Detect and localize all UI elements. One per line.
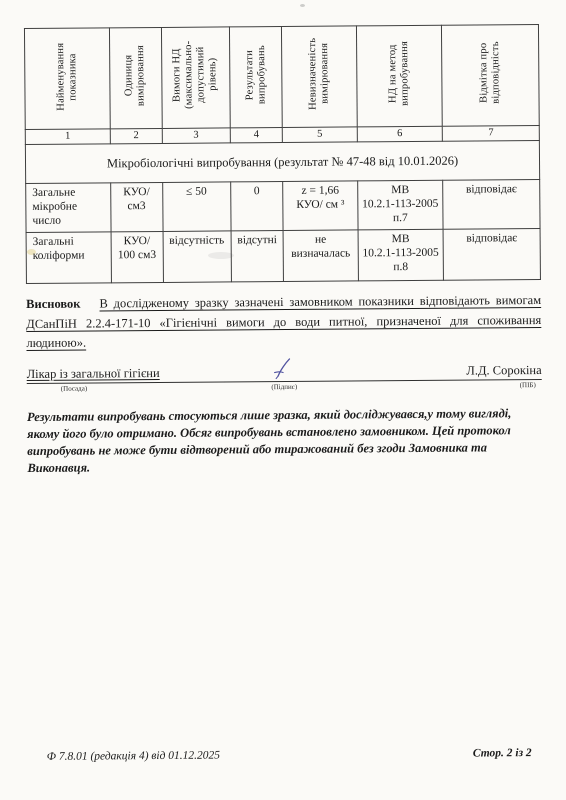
cell-method: МВ 10.2.1-113-2005 п.8	[358, 229, 444, 281]
column-header-label: Вимоги НД (максимально- допустимий рівен…	[171, 41, 220, 110]
column-number: 2	[110, 128, 162, 143]
column-header-requirement: Вимоги НД (максимально- допустимий рівен…	[161, 27, 230, 129]
document-page: Найменування показника Одиниця вимірюван…	[0, 0, 566, 800]
label-signature: (Підпис)	[271, 382, 297, 390]
column-header-label: Результати випробувань	[244, 45, 268, 104]
column-header-result: Результати випробувань	[229, 27, 283, 128]
cell-uncertainty: не визначалась	[284, 230, 358, 282]
conclusion-text: В дослідженому зразку зазначені замовник…	[26, 293, 541, 350]
signature-block: Лікар із загальної гігієни Л.Д. Сорокіна…	[27, 358, 542, 395]
cell-uncertainty: z = 1,66 КУО/ см ³	[283, 181, 357, 231]
column-number: 5	[283, 127, 357, 143]
cell-result: 0	[230, 181, 283, 230]
column-header-label: Відмітка про відповідність	[478, 42, 502, 105]
column-number: 6	[357, 126, 443, 142]
column-header-method: НД на метод випробування	[356, 25, 443, 127]
column-number: 4	[230, 128, 283, 143]
column-header-conformity: Відмітка про відповідність	[442, 24, 539, 126]
column-number: 3	[162, 128, 230, 144]
footer-form-code: Ф 7.8.01 (редакція 4) від 01.12.2025	[47, 750, 220, 763]
section-title: Мікробіологічні випробування (результат …	[25, 140, 539, 183]
disclaimer-text: Результати випробувань стосуються лише з…	[27, 404, 541, 476]
cell-unit: КУО/ см3	[110, 182, 162, 231]
column-header-uncertainty: Невизначеність вимірювання	[282, 26, 357, 128]
signature-position: Лікар із загальної гігієни	[27, 365, 160, 381]
results-table: Найменування показника Одиниця вимірюван…	[24, 24, 541, 284]
column-number: 7	[443, 125, 540, 141]
cell-indicator-name: Загальне мікробне число	[26, 183, 111, 233]
cell-conformity: відповідає	[443, 228, 540, 280]
column-header-unit: Одиниця вимірювання	[109, 27, 162, 128]
page-footer: Ф 7.8.01 (редакція 4) від 01.12.2025 Сто…	[47, 747, 532, 763]
cell-indicator-name: Загальні коліформи	[26, 232, 111, 284]
conclusion-label: Висновок	[26, 297, 80, 311]
column-number: 1	[25, 129, 110, 145]
signature-name: Л.Д. Сорокіна	[466, 362, 541, 378]
cell-result: відсутні	[231, 230, 284, 281]
table-row: Загальне мікробне число КУО/ см3 ≤ 50 0 …	[26, 179, 540, 232]
column-header-label: НД на метод випробування	[387, 41, 412, 106]
cell-requirement: відсутність	[163, 231, 231, 283]
handwritten-signature-icon	[269, 356, 295, 384]
scanned-content: Найменування показника Одиниця вимірюван…	[0, 0, 566, 800]
table-row: Загальні коліформи КУО/ 100 см3 відсутні…	[26, 228, 540, 283]
cell-requirement: ≤ 50	[162, 182, 230, 232]
section-title-row: Мікробіологічні випробування (результат …	[25, 140, 539, 183]
column-header-label: Найменування показника	[55, 42, 80, 110]
column-header-indicator-name: Найменування показника	[24, 28, 110, 130]
column-header-label: Одиниця вимірювання	[123, 45, 147, 106]
cell-conformity: відповідає	[443, 179, 540, 229]
column-header-label: Невизначеність вимірювання	[307, 38, 332, 110]
label-fullname: (ПІБ)	[520, 381, 536, 389]
label-position: (Посада)	[61, 384, 87, 392]
cell-method: МВ 10.2.1-113-2005 п.7	[357, 180, 443, 230]
cell-unit: КУО/ 100 см3	[111, 231, 163, 282]
conclusion-paragraph: ВисновокВ дослідженому зразку зазначені …	[26, 291, 541, 354]
footer-page-number: Стор. 2 із 2	[473, 747, 532, 759]
table-header-row: Найменування показника Одиниця вимірюван…	[24, 24, 539, 129]
